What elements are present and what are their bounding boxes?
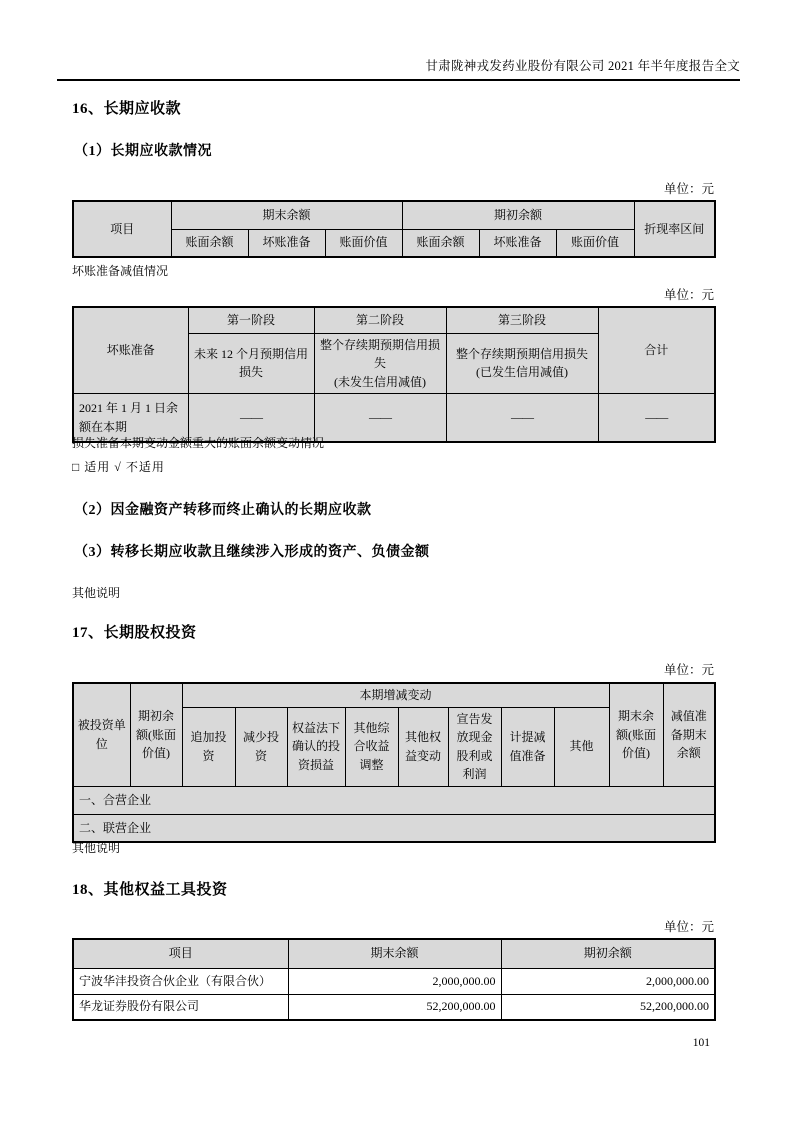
other-equity-instruments-table: 项目 期末余额 期初余额 宁波华沣投资合伙企业（有限合伙） 2,000,000.… [72, 938, 716, 1021]
other-note: 其他说明 [72, 839, 120, 856]
col-discount-range: 折现率区间 [634, 201, 715, 257]
col-book-balance: 账面余额 [402, 229, 479, 257]
col-bad-debt-head: 坏账准备 [73, 307, 188, 394]
col-book-value: 账面价值 [556, 229, 634, 257]
ending-value: 52,200,000.00 [288, 994, 501, 1020]
item-name: 宁波华沣投资合伙企业（有限合伙） [73, 968, 288, 994]
col-beginning-balance: 期初余额 [501, 939, 715, 968]
page-header: 甘肃陇神戎发药业股份有限公司 2021 年半年度报告全文 [57, 56, 740, 81]
col-book-value: 账面价值 [325, 229, 402, 257]
table-row: 被投资单位 期初余额(账面价值) 本期增减变动 期末余额(账面价值) 减值准备期… [73, 683, 715, 707]
section18-title: 18、其他权益工具投资 [72, 878, 228, 899]
col-other: 其他 [554, 707, 609, 786]
row-associates: 二、联营企业 [73, 814, 715, 842]
col-beginning-balance: 期初余额(账面价值) [130, 683, 182, 786]
col-impairment-provision: 计提减值准备 [501, 707, 554, 786]
table-row: 坏账准备 第一阶段 第二阶段 第三阶段 合计 [73, 307, 715, 333]
col-change-group: 本期增减变动 [182, 683, 609, 707]
table-header-row: 项目 期末余额 期初余额 [73, 939, 715, 968]
document-page: 甘肃陇神戎发药业股份有限公司 2021 年半年度报告全文 16、长期应收款 （1… [0, 0, 793, 1122]
other-note: 其他说明 [72, 584, 120, 601]
table-row: 宁波华沣投资合伙企业（有限合伙） 2,000,000.00 2,000,000.… [73, 968, 715, 994]
page-number: 101 [693, 1037, 710, 1049]
report-title: 甘肃陇神戎发药业股份有限公司 2021 年半年度报告全文 [425, 59, 740, 73]
col-ending-group: 期末余额 [171, 201, 402, 229]
col-beginning-group: 期初余额 [402, 201, 634, 229]
unit-label: 单位：元 [664, 179, 714, 197]
loss-provision-note: 损失准备本期变动金额重大的账面余额变动情况 [72, 434, 324, 451]
col-declared-dividend: 宣告发放现金股利或利润 [448, 707, 501, 786]
col-book-balance: 账面余额 [171, 229, 248, 257]
item-name: 华龙证券股份有限公司 [73, 994, 288, 1020]
section16-sub1-title: （1）长期应收款情况 [74, 140, 212, 160]
applicable-selector: □ 适用 √ 不适用 [72, 458, 165, 475]
col-reduced-investment: 减少投资 [235, 707, 287, 786]
beginning-value: 52,200,000.00 [501, 994, 715, 1020]
table-row: 项目 期末余额 期初余额 折现率区间 [73, 201, 715, 229]
col-additional-investment: 追加投资 [182, 707, 235, 786]
section16-sub3-title: （3）转移长期应收款且继续涉入形成的资产、负债金额 [74, 541, 430, 561]
ending-value: 2,000,000.00 [288, 968, 501, 994]
row-joint-ventures: 一、合营企业 [73, 786, 715, 814]
col-investee: 被投资单位 [73, 683, 130, 786]
col-other-comprehensive: 其他综合收益调整 [345, 707, 398, 786]
col-bad-debt: 坏账准备 [479, 229, 556, 257]
section16-sub2-title: （2）因金融资产转移而终止确认的长期应收款 [74, 499, 372, 519]
col-equity-method-pl: 权益法下确认的投资损益 [287, 707, 345, 786]
col-stage2: 第二阶段 [314, 307, 446, 333]
col-stage3: 第三阶段 [446, 307, 598, 333]
unit-label: 单位：元 [664, 917, 714, 935]
value-cell-dash: —— [446, 394, 598, 442]
unit-label: 单位：元 [664, 285, 714, 303]
col-stage1: 第一阶段 [188, 307, 314, 333]
value-cell-dash: —— [314, 394, 446, 442]
long-term-receivables-table: 项目 期末余额 期初余额 折现率区间 账面余额 坏账准备 账面价值 账面余额 坏… [72, 200, 716, 258]
table-row: 一、合营企业 [73, 786, 715, 814]
stage1-desc: 未来 12 个月预期信用损失 [188, 333, 314, 394]
col-item: 项目 [73, 201, 171, 257]
equity-investment-table: 被投资单位 期初余额(账面价值) 本期增减变动 期末余额(账面价值) 减值准备期… [72, 682, 716, 843]
stage3-desc: 整个存续期预期信用损失 (已发生信用减值) [446, 333, 598, 394]
table-row: 华龙证券股份有限公司 52,200,000.00 52,200,000.00 [73, 994, 715, 1020]
stage2-desc-line2: (未发生信用减值) [318, 373, 443, 392]
col-bad-debt: 坏账准备 [248, 229, 325, 257]
stage2-desc-line1: 整个存续期预期信用损失 [318, 336, 443, 373]
unit-label: 单位：元 [664, 660, 714, 678]
col-impairment-ending: 减值准备期末余额 [663, 683, 715, 786]
section17-title: 17、长期股权投资 [72, 621, 197, 642]
section16-title: 16、长期应收款 [72, 97, 181, 118]
stage3-desc-line1: 整个存续期预期信用损失 [450, 345, 595, 364]
col-item: 项目 [73, 939, 288, 968]
bad-debt-impairment-label: 坏账准备减值情况 [72, 262, 168, 279]
col-total: 合计 [598, 307, 715, 394]
col-ending-balance: 期末余额 [288, 939, 501, 968]
stage2-desc: 整个存续期预期信用损失 (未发生信用减值) [314, 333, 446, 394]
stage3-desc-line2: (已发生信用减值) [450, 363, 595, 382]
beginning-value: 2,000,000.00 [501, 968, 715, 994]
table-row: 二、联营企业 [73, 814, 715, 842]
col-ending-balance: 期末余额(账面价值) [609, 683, 663, 786]
bad-debt-stages-table: 坏账准备 第一阶段 第二阶段 第三阶段 合计 未来 12 个月预期信用损失 整个… [72, 306, 716, 443]
value-cell-dash: —— [598, 394, 715, 442]
col-other-equity-change: 其他权益变动 [398, 707, 448, 786]
